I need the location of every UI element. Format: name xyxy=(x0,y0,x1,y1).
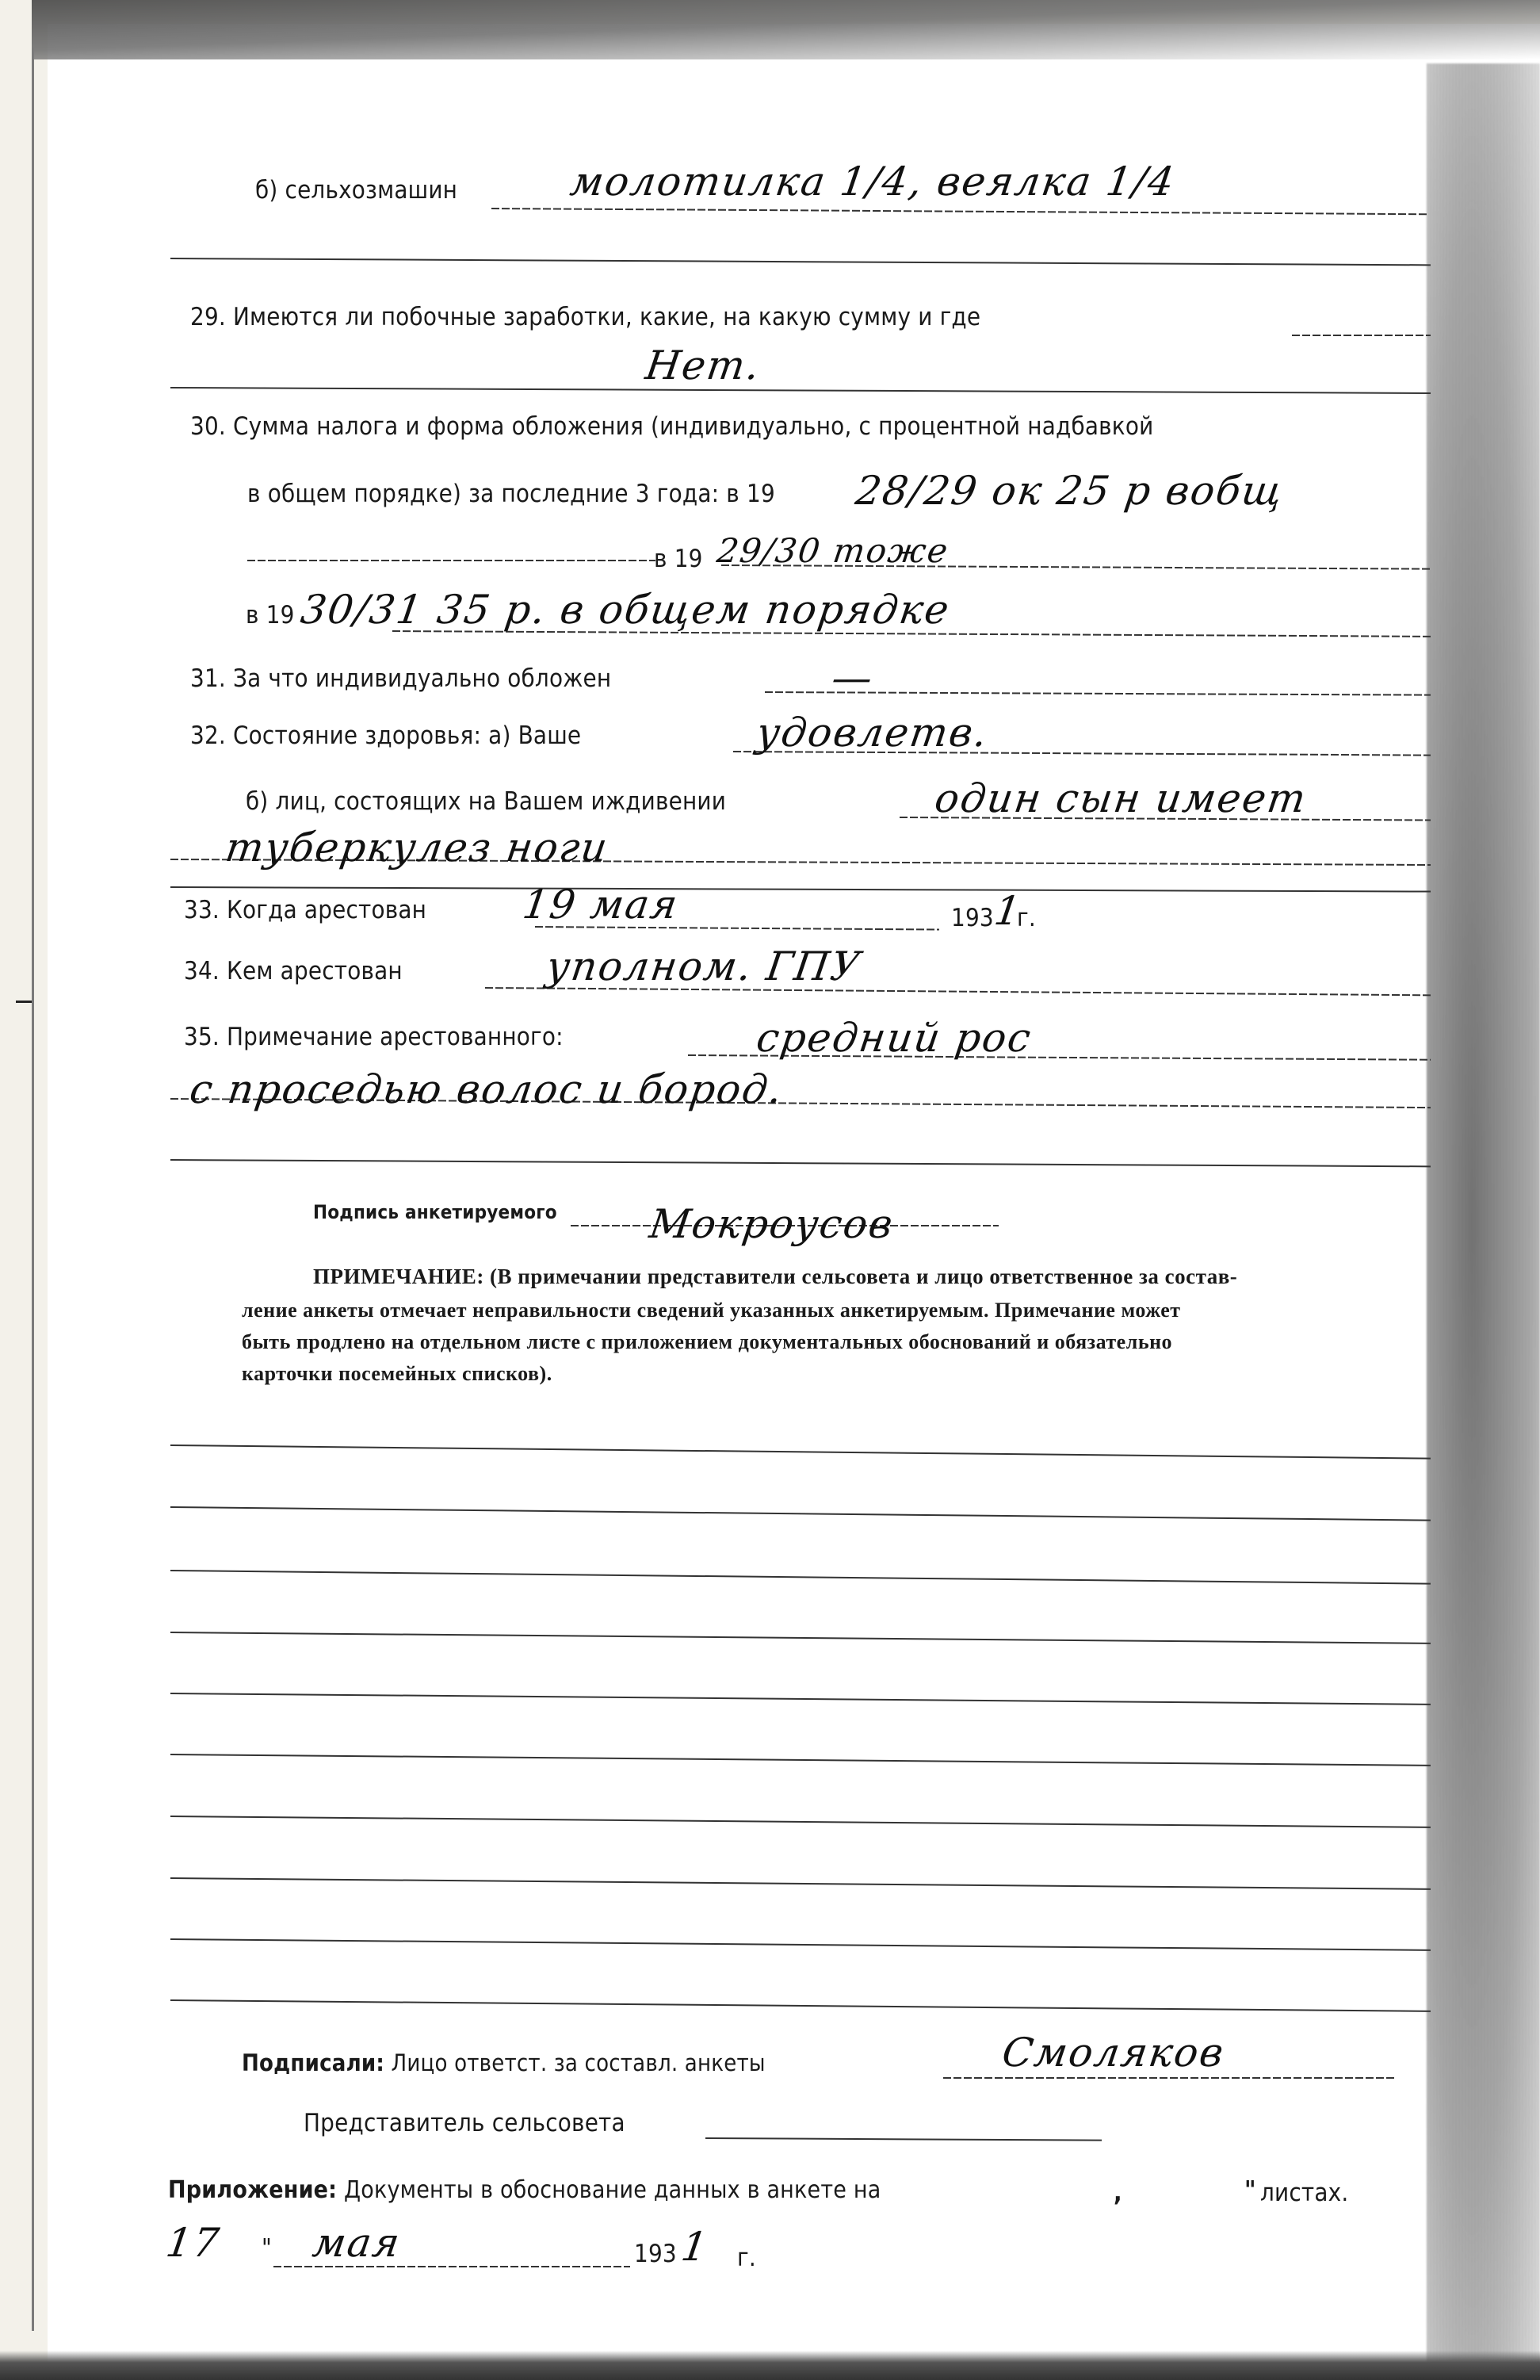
responsible-person-label: Лицо ответст. за составл. анкеты xyxy=(392,2049,766,2076)
q29-answer[interactable]: Нет. xyxy=(643,342,764,388)
q35-answer-line2[interactable]: с проседью волос и бород. xyxy=(187,1066,786,1112)
q30-prefix-year2: в 19 xyxy=(654,545,703,573)
q34-label: 34. Кем арестован xyxy=(184,957,403,985)
q30-answer-year3[interactable]: 30/31 35 р. в общем порядке xyxy=(298,587,953,633)
note-line1: ПРИМЕЧАНИЕ: (В примечании представители … xyxy=(313,1265,1237,1289)
q33-answer[interactable]: 19 мая xyxy=(520,882,682,928)
date-month-line xyxy=(273,2266,630,2267)
q30-line-year2-lead xyxy=(247,560,655,561)
council-rep-label: Представитель сельсовета xyxy=(304,2109,625,2137)
q31-answer[interactable]: — xyxy=(829,655,877,701)
q29-label: 29. Имеются ли побочные заработки, какие… xyxy=(190,303,980,331)
note-line2: ление анкеты отмечает неправильности све… xyxy=(242,1299,1181,1322)
appendix-text: Документы в обоснование данных в анкете … xyxy=(344,2176,881,2204)
q32-answer-a[interactable]: удовлетв. xyxy=(754,710,992,756)
respondent-signature[interactable]: Мокроусов xyxy=(647,1201,897,1247)
appendix-quote-open: , xyxy=(1114,2179,1122,2207)
margin-mark xyxy=(16,1001,32,1003)
date-day[interactable]: 17 xyxy=(163,2220,224,2266)
q33-label: 33. Когда арестован xyxy=(184,896,426,924)
respondent-signature-label: Подпись анкетируемого xyxy=(313,1201,557,1223)
q32-label-b: б) лиц, состоящих на Вашем иждивении xyxy=(246,787,726,816)
q30-answer-year1[interactable]: 28/29 ок 25 р вобщ xyxy=(853,468,1286,514)
signed-label: Подписали: xyxy=(242,2049,384,2076)
page-left-edge xyxy=(32,48,34,2331)
q30-label-line2: в общем порядке) за последние 3 года: в … xyxy=(247,480,775,508)
scan-shadow-top xyxy=(32,0,1540,59)
responsible-signature-line xyxy=(943,2077,1395,2079)
q31-label: 31. За что индивидуально обложен xyxy=(190,664,611,693)
note-line3: быть продлено на отдельном листе с прило… xyxy=(242,1330,1172,1354)
q28b-answer[interactable]: молотилка 1/4, веялка 1/4 xyxy=(567,159,1179,205)
date-year-end: г. xyxy=(737,2244,756,2272)
date-year-prefix: 193 xyxy=(634,2240,677,2268)
q32-label-a: 32. Состояние здоровья: а) Ваше xyxy=(190,721,581,750)
appendix-row: Приложение: Документы в обоснование данн… xyxy=(168,2176,881,2204)
q33-year-prefix: 193 xyxy=(951,904,994,932)
scan-shadow-right xyxy=(1427,63,1540,2380)
q32-answer-b-line2[interactable]: туберкулез ноги xyxy=(223,825,612,870)
q35-label: 35. Примечание арестованного: xyxy=(184,1023,564,1051)
q30-label-line1: 30. Сумма налога и форма обложения (инди… xyxy=(190,412,1153,441)
date-quote: " xyxy=(262,2234,272,2263)
scan-shadow-bottom xyxy=(0,2351,1540,2380)
q29-line xyxy=(1292,335,1431,336)
q35-answer-line1[interactable]: средний рос xyxy=(754,1015,1035,1061)
appendix-label: Приложение: xyxy=(168,2176,337,2204)
responsible-signature[interactable]: Смоляков xyxy=(999,2030,1228,2076)
note-line4: карточки посемейных списков). xyxy=(242,1362,552,1386)
appendix-sheets-label: листах. xyxy=(1260,2179,1348,2207)
q30-prefix-year3: в 19 xyxy=(246,601,295,629)
q28b-label: б) сельхозмашин xyxy=(255,176,457,205)
q33-year-end: г. xyxy=(1017,904,1036,932)
q30-answer-year2[interactable]: 29/30 тоже xyxy=(715,531,952,570)
signed-row: Подписали: Лицо ответст. за составл. анк… xyxy=(242,2049,766,2076)
date-month[interactable]: мая xyxy=(310,2220,404,2266)
form-page xyxy=(48,24,1540,2370)
appendix-quote-close: " xyxy=(1244,2176,1256,2205)
q34-answer[interactable]: уполном. ГПУ xyxy=(544,943,864,989)
q32-answer-b-line1[interactable]: один сын имеет xyxy=(932,775,1310,821)
